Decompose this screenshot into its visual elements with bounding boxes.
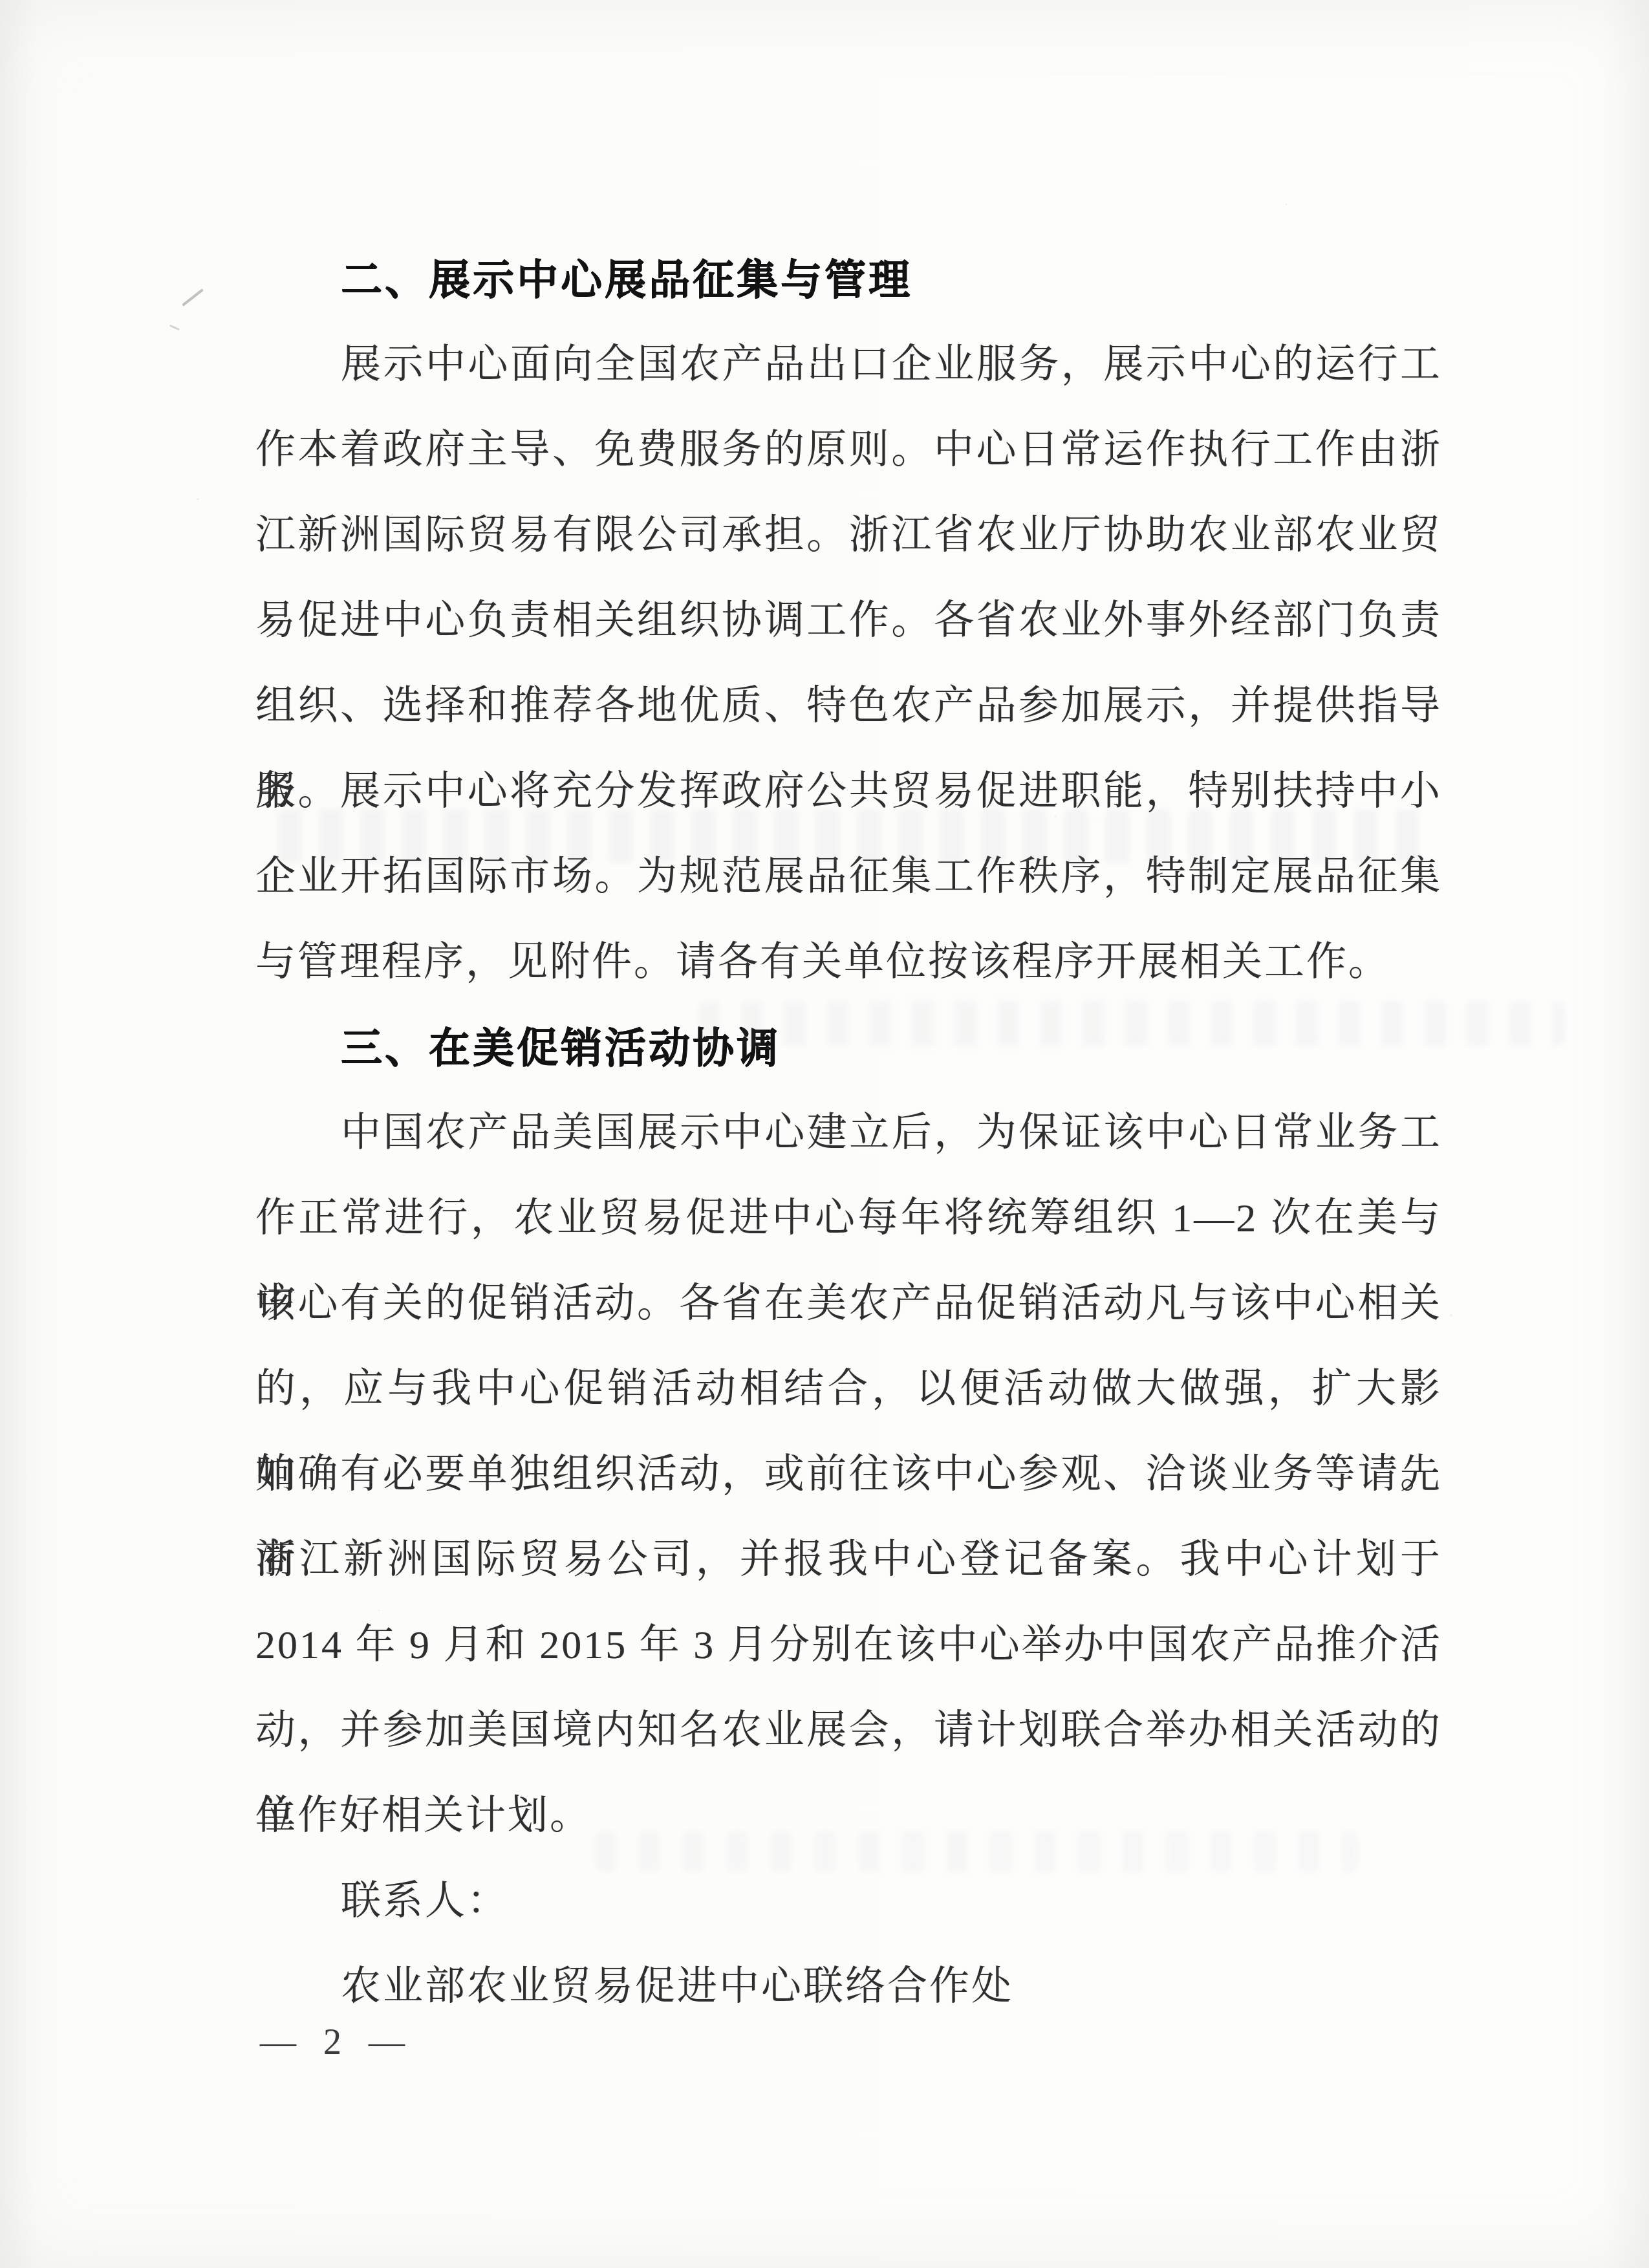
text-line: 作正常进行，农业贸易促进中心每年将统筹组织 1—2 次在美与该	[255, 1176, 1442, 1261]
section-heading: 三、在美促销活动协调	[255, 1005, 1442, 1090]
text-line: 组织、选择和推荐各地优质、特色农产品参加展示，并提供指导服	[255, 664, 1442, 749]
text-line: 务。展示中心将充分发挥政府公共贸易促进职能，特别扶持中小	[255, 749, 1442, 834]
text-line: 易促进中心负责相关组织协调工作。各省农业外事外经部门负责	[255, 578, 1442, 664]
text-line: 如确有必要单独组织活动，或前往该中心参观、洽谈业务等请先商	[255, 1432, 1442, 1517]
scan-artifact-pen-mark	[169, 325, 180, 330]
text-line: 浙江新洲国际贸易公司，并报我中心登记备案。我中心计划于	[255, 1517, 1442, 1603]
text-line: 2014 年 9 月和 2015 年 3 月分别在该中心举办中国农产品推介活	[255, 1603, 1442, 1688]
text-line: 中国农产品美国展示中心建立后，为保证该中心日常业务工	[255, 1090, 1442, 1176]
text-line: 的，应与我中心促销活动相结合，以便活动做大做强，扩大影响。	[255, 1346, 1442, 1432]
text-line: 展示中心面向全国农产品出口企业服务，展示中心的运行工	[255, 322, 1442, 407]
section-heading: 二、展示中心展品征集与管理	[255, 237, 1442, 322]
document-text-block: 二、展示中心展品征集与管理展示中心面向全国农产品出口企业服务，展示中心的运行工作…	[255, 237, 1442, 2029]
text-line: 作本着政府主导、免费服务的原则。中心日常运作执行工作由浙	[255, 407, 1442, 493]
text-line: 农业部农业贸易促进中心联络合作处	[255, 1944, 1442, 2029]
scan-artifact-pen-mark	[182, 288, 204, 307]
page-number: — 2 —	[260, 2019, 414, 2066]
text-line: 位作好相关计划。	[255, 1773, 1442, 1859]
text-line: 企业开拓国际市场。为规范展品征集工作秩序，特制定展品征集	[255, 834, 1442, 920]
text-line: 联系人：	[255, 1859, 1442, 1944]
text-line: 与管理程序，见附件。请各有关单位按该程序开展相关工作。	[255, 920, 1442, 1005]
text-line: 中心有关的促销活动。各省在美农产品促销活动凡与该中心相关	[255, 1261, 1442, 1346]
text-line: 动，并参加美国境内知名农业展会，请计划联合举办相关活动的单	[255, 1688, 1442, 1773]
scanned-document-page: 二、展示中心展品征集与管理展示中心面向全国农产品出口企业服务，展示中心的运行工作…	[0, 0, 1649, 2268]
text-line: 江新洲国际贸易有限公司承担。浙江省农业厅协助农业部农业贸	[255, 493, 1442, 578]
